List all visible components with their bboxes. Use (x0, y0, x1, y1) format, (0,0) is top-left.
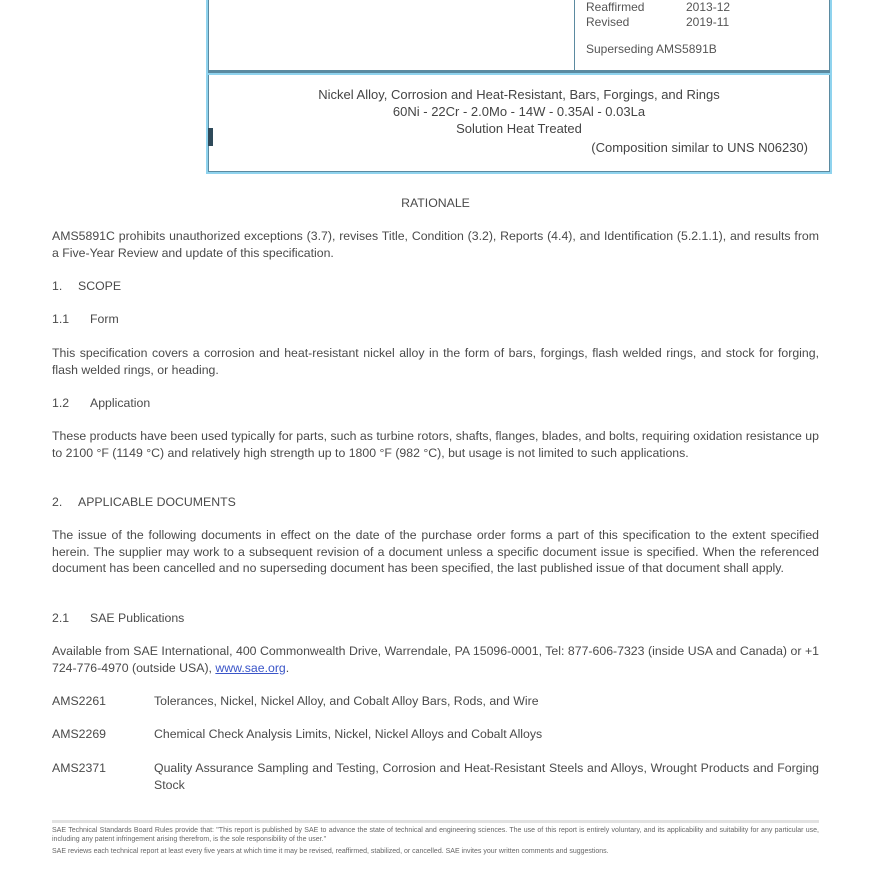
footer-notice: SAE Technical Standards Board Rules prov… (52, 826, 819, 859)
section-title: SAE Publications (90, 610, 184, 627)
reaffirmed-label: Reaffirmed (586, 0, 686, 15)
reference-code: AMS2269 (52, 726, 154, 743)
revised-date: 2019-11 (686, 15, 729, 30)
reference-title: Quality Assurance Sampling and Testing, … (154, 760, 819, 793)
applicable-documents-text: The issue of the following documents in … (52, 527, 819, 577)
section-2-heading: 2. APPLICABLE DOCUMENTS (52, 494, 819, 511)
revised-row: Revised 2019-11 (586, 15, 730, 30)
sae-publications-text: Available from SAE International, 400 Co… (52, 643, 819, 676)
footer-paragraph-2: SAE reviews each technical report at lea… (52, 847, 819, 856)
section-title: SCOPE (78, 278, 121, 295)
reference-code: AMS2371 (52, 760, 154, 793)
section-2-1-heading: 2.1 SAE Publications (52, 610, 819, 627)
reference-code: AMS2261 (52, 693, 154, 710)
title-line-3: Solution Heat Treated (208, 120, 830, 137)
section-number: 2.1 (52, 610, 90, 627)
reaffirmed-date: 2013-12 (686, 0, 730, 15)
section-title: APPLICABLE DOCUMENTS (78, 494, 236, 511)
document-header-box: Reaffirmed 2013-12 Revised 2019-11 Super… (206, 0, 832, 174)
sae-website-link[interactable]: www.sae.org (215, 661, 285, 675)
superseding-text: Superseding AMS5891B (586, 42, 730, 57)
rationale-heading: RATIONALE (52, 195, 819, 212)
header-divider (208, 70, 830, 75)
change-bar-marker (208, 128, 213, 146)
application-text: These products have been used typically … (52, 428, 819, 461)
section-number: 2. (52, 494, 78, 511)
section-title: Application (90, 395, 150, 412)
section-number: 1.1 (52, 311, 90, 328)
footer-paragraph-1: SAE Technical Standards Board Rules prov… (52, 826, 819, 844)
form-text: This specification covers a corrosion an… (52, 345, 819, 378)
section-1-1-heading: 1.1 Form (52, 311, 819, 328)
title-line-1: Nickel Alloy, Corrosion and Heat-Resista… (208, 86, 830, 103)
reference-title: Tolerances, Nickel, Nickel Alloy, and Co… (154, 693, 819, 710)
section-number: 1. (52, 278, 78, 295)
rationale-text: AMS5891C prohibits unauthorized exceptio… (52, 228, 819, 261)
document-title: Nickel Alloy, Corrosion and Heat-Resista… (208, 86, 830, 137)
reference-title: Chemical Check Analysis Limits, Nickel, … (154, 726, 819, 743)
sae-address-text: Available from SAE International, 400 Co… (52, 644, 819, 675)
section-title: Form (90, 311, 119, 328)
section-number: 1.2 (52, 395, 90, 412)
title-line-2: 60Ni - 22Cr - 2.0Mo - 14W - 0.35Al - 0.0… (208, 103, 830, 120)
reference-item: AMS2371 Quality Assurance Sampling and T… (52, 760, 819, 793)
reference-item: AMS2261 Tolerances, Nickel, Nickel Alloy… (52, 693, 819, 710)
section-1-2-heading: 1.2 Application (52, 395, 819, 412)
reference-item: AMS2269 Chemical Check Analysis Limits, … (52, 726, 819, 743)
reaffirmed-row: Reaffirmed 2013-12 (586, 0, 730, 15)
footer-divider (52, 820, 819, 823)
header-logo-area (208, 0, 575, 72)
link-suffix: . (286, 661, 289, 675)
revised-label: Revised (586, 15, 686, 30)
revision-info: Reaffirmed 2013-12 Revised 2019-11 Super… (586, 0, 730, 57)
section-1-heading: 1. SCOPE (52, 278, 819, 295)
composition-note: (Composition similar to UNS N06230) (591, 140, 808, 155)
